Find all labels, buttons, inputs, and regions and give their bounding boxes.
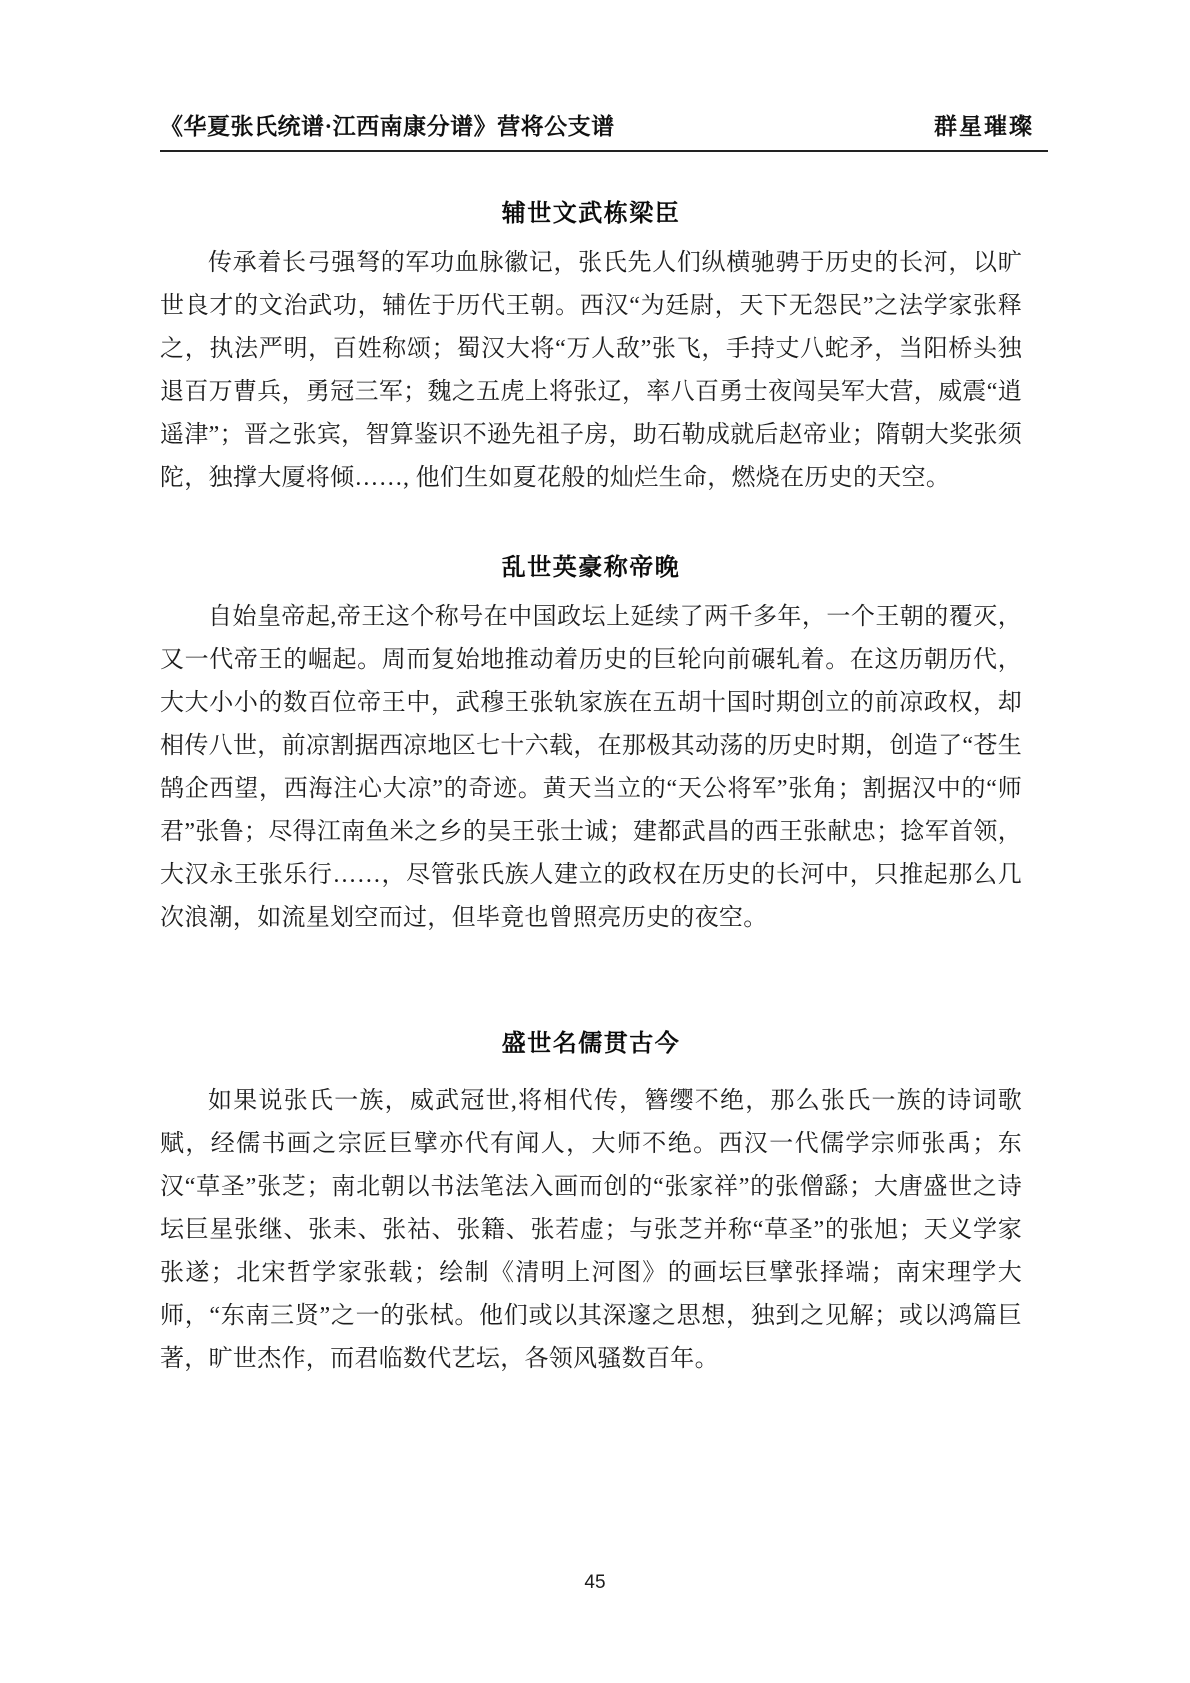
section-heroes-emperors: 乱世英豪称帝晚 自始皇帝起,帝王这个称号在中国政坛上延续了两千多年，一个王朝的覆… <box>160 550 1022 940</box>
section-heading: 乱世英豪称帝晚 <box>160 550 1022 586</box>
section-paragraph: 传承着长弓强弩的军功血脉徽记，张氏先人们纵横驰骋于历史的长河，以旷世良才的文治武… <box>160 242 1022 500</box>
page-footer: 45 <box>0 1572 1190 1594</box>
section-paragraph: 自始皇帝起,帝王这个称号在中国政坛上延续了两千多年，一个王朝的覆灭，又一代帝王的… <box>160 596 1022 940</box>
section-loyal-ministers: 辅世文武栋梁臣 传承着长弓强弩的军功血脉徽记，张氏先人们纵横驰骋于历史的长河，以… <box>160 196 1022 500</box>
section-paragraph: 如果说张氏一族，威武冠世,将相代传，簪缨不绝，那么张氏一族的诗词歌赋，经儒书画之… <box>160 1080 1022 1381</box>
page-header: 《华夏张氏统谱·江西南康分谱》营将公支谱 群星璀璨 <box>160 0 1048 141</box>
section-famous-scholars: 盛世名儒贯古今 如果说张氏一族，威武冠世,将相代传，簪缨不绝，那么张氏一族的诗词… <box>160 1026 1022 1381</box>
document-page: 《华夏张氏统谱·江西南康分谱》营将公支谱 群星璀璨 辅世文武栋梁臣 传承着长弓强… <box>0 0 1190 1683</box>
header-chapter-title: 群星璀璨 <box>934 108 1048 141</box>
document-body: 辅世文武栋梁臣 传承着长弓强弩的军功血脉徽记，张氏先人们纵横驰骋于历史的长河，以… <box>160 196 1022 1381</box>
section-heading: 盛世名儒贯古今 <box>160 1026 1022 1062</box>
page-number: 45 <box>584 1572 605 1593</box>
header-rule <box>160 150 1048 152</box>
header-book-title: 《华夏张氏统谱·江西南康分谱》营将公支谱 <box>160 108 615 141</box>
section-heading: 辅世文武栋梁臣 <box>160 196 1022 232</box>
page-content-block: 《华夏张氏统谱·江西南康分谱》营将公支谱 群星璀璨 辅世文武栋梁臣 传承着长弓强… <box>160 0 1048 1381</box>
